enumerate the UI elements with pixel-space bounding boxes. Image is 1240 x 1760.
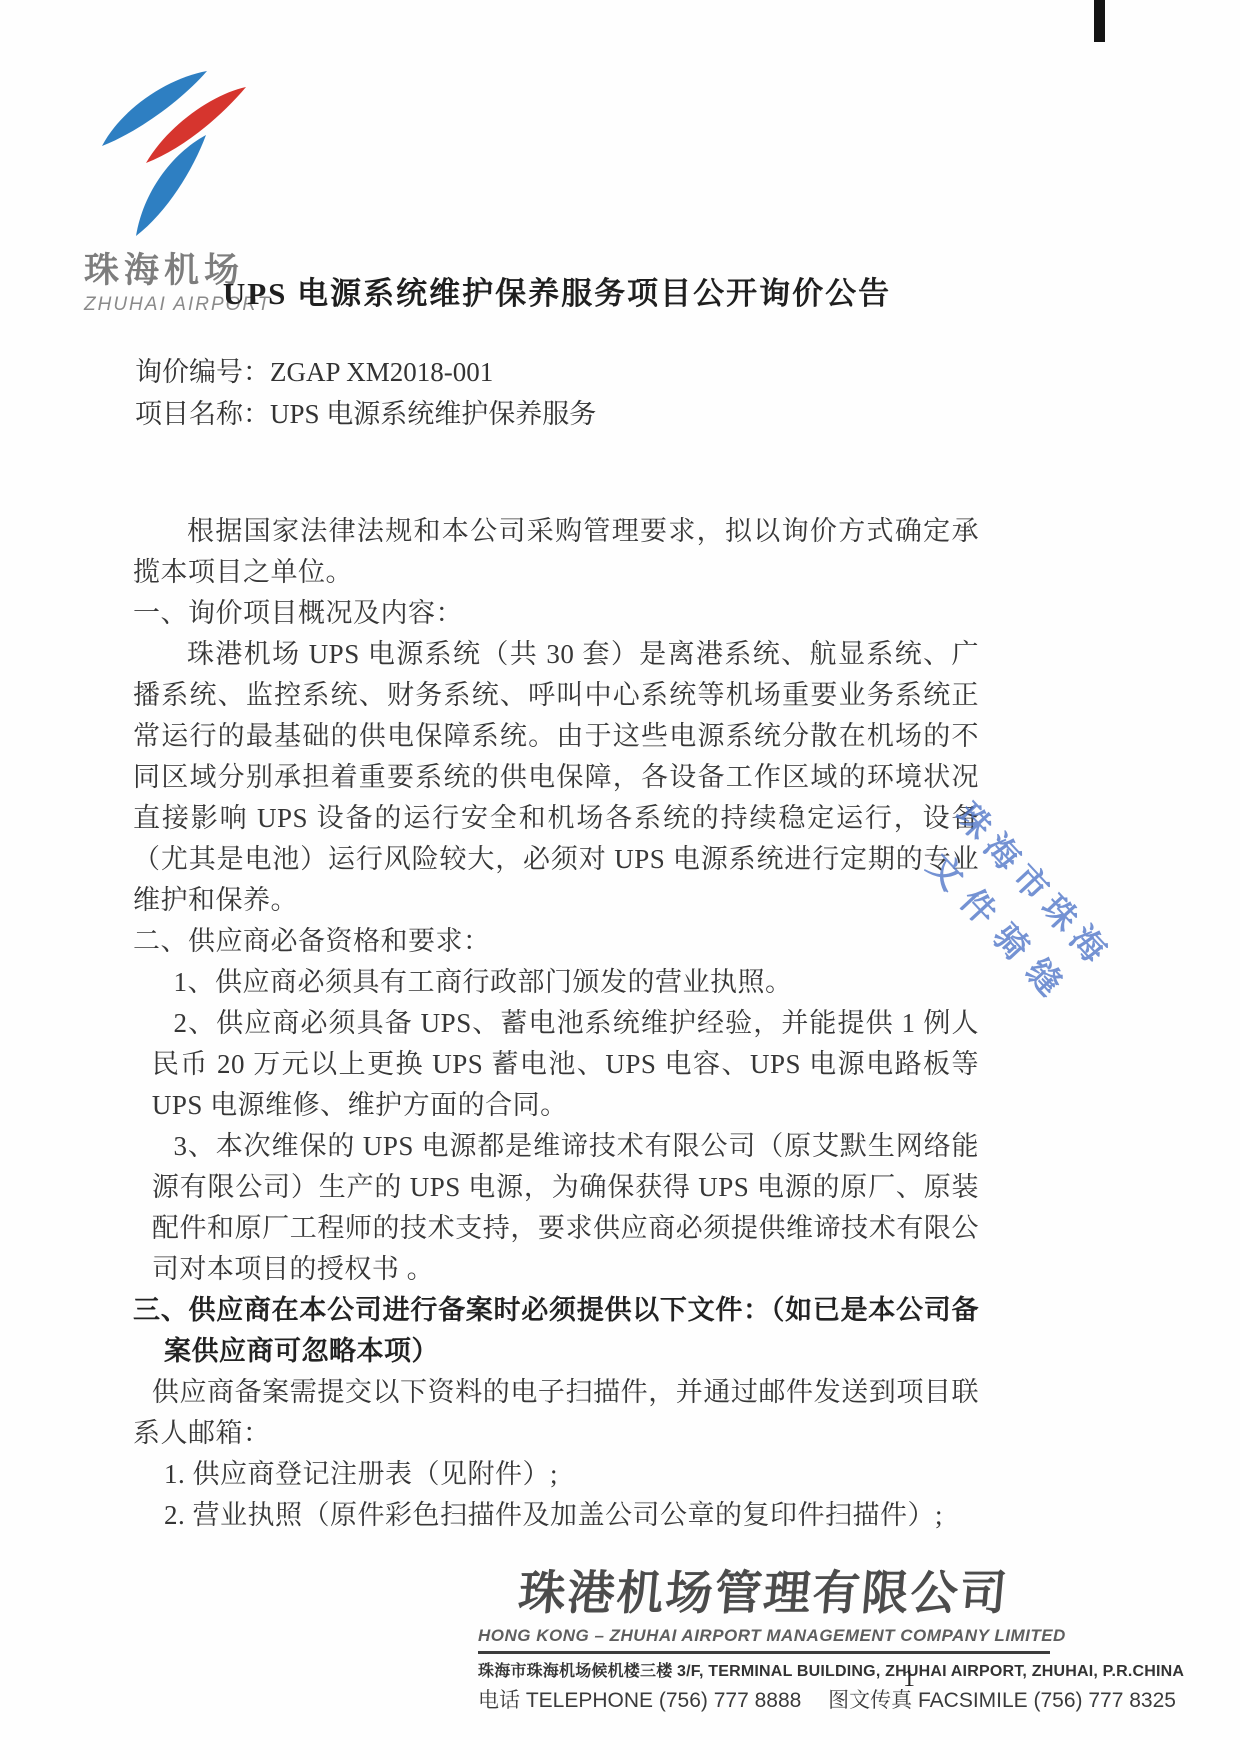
section1-paragraph: 珠港机场 UPS 电源系统（共 30 套）是离港系统、航显系统、广播系统、监控系… — [133, 634, 979, 921]
meta-block: 询价编号：ZGAP XM2018-001 项目名称：UPS 电源系统维护保养服务 — [135, 351, 596, 435]
document-page: 珠海机场 ZHUHAI AIRPORT UPS 电源系统维护保养服务项目公开询价… — [0, 0, 1240, 1760]
footer-company-name-en: HONG KONG – ZHUHAI AIRPORT MANAGEMENT CO… — [478, 1626, 1050, 1646]
inquiry-number-label: 询价编号： — [135, 357, 270, 387]
inquiry-number-line: 询价编号：ZGAP XM2018-001 — [135, 351, 596, 393]
scan-edge-artifact — [1094, 0, 1105, 42]
section2-heading: 二、供应商必备资格和要求： — [133, 921, 979, 962]
section2-item-2: 2、供应商必须具备 UPS、蓄电池系统维护经验，并能提供 1 例人民币 20 万… — [133, 1003, 979, 1126]
footer-company-name-cn: 珠港机场管理有限公司 — [475, 1556, 1053, 1623]
section2-item-3: 3、本次维保的 UPS 电源都是维谛技术有限公司（原艾默生网络能源有限公司）生产… — [133, 1126, 979, 1290]
document-title: UPS 电源系统维护保养服务项目公开询价公告 — [133, 268, 981, 313]
logo-swoosh-icon — [94, 66, 259, 241]
section3-item-1: 1. 供应商登记注册表（见附件）; — [133, 1454, 979, 1495]
page-number: 1 — [903, 1666, 915, 1693]
section3-heading: 三、供应商在本公司进行备案时必须提供以下文件：（如已是本公司备案供应商可忽略本项… — [133, 1290, 979, 1372]
project-name-label: 项目名称： — [135, 399, 270, 429]
project-name-line: 项目名称：UPS 电源系统维护保养服务 — [135, 393, 596, 435]
inquiry-number-value: ZGAP XM2018-001 — [270, 357, 493, 387]
company-footer: 珠港机场管理有限公司 HONG KONG – ZHUHAI AIRPORT MA… — [478, 1556, 1050, 1714]
document-body: 根据国家法律法规和本公司采购管理要求，拟以询价方式确定承揽本项目之单位。 一、询… — [133, 511, 979, 1536]
section2-item-1: 1、供应商必须具有工商行政部门颁发的营业执照。 — [133, 962, 979, 1003]
section3-item-2: 2. 营业执照（原件彩色扫描件及加盖公司公章的复印件扫描件）; — [133, 1495, 979, 1536]
section3-paragraph: 供应商备案需提交以下资料的电子扫描件，并通过邮件发送到项目联系人邮箱： — [133, 1372, 979, 1454]
footer-phone-fax: 电话 TELEPHONE (756) 777 8888 图文传真 FACSIMI… — [478, 1684, 1050, 1714]
project-name-value: UPS 电源系统维护保养服务 — [270, 399, 596, 429]
intro-paragraph: 根据国家法律法规和本公司采购管理要求，拟以询价方式确定承揽本项目之单位。 — [133, 511, 979, 593]
section1-heading: 一、询价项目概况及内容： — [133, 593, 979, 634]
footer-address: 珠海市珠海机场候机楼三楼 3/F, TERMINAL BUILDING, ZHU… — [478, 1658, 1050, 1681]
footer-divider — [478, 1651, 1050, 1654]
